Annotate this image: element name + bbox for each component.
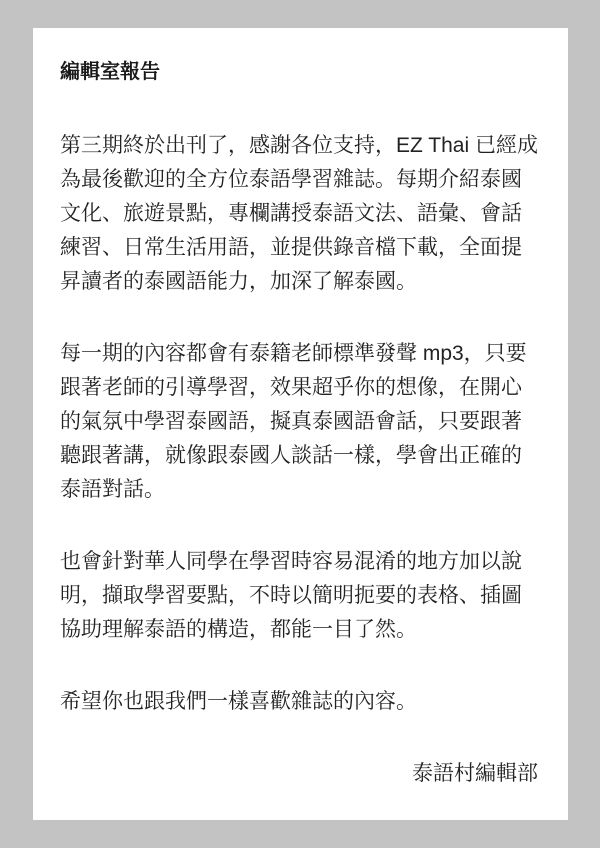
document-page: 編輯室報告 第三期終於出刊了，感謝各位支持，EZ Thai 已經成為最後歡迎的全… — [33, 28, 568, 820]
page-title: 編輯室報告 — [60, 55, 538, 89]
paragraph-mp3: 每一期的內容都會有泰籍老師標準發聲 mp3，只要跟著老師的引導學習，效果超乎你的… — [60, 337, 538, 507]
paragraph-intro: 第三期終於出刊了，感謝各位支持，EZ Thai 已經成為最後歡迎的全方位泰語學習… — [60, 129, 538, 299]
paragraph-learning-points: 也會針對華人同學在學習時容易混淆的地方加以說明，擷取學習要點，不時以簡明扼要的表… — [60, 545, 538, 647]
paragraph-closing: 希望你也跟我們一樣喜歡雜誌的內容。 — [60, 685, 538, 719]
canvas-background: 編輯室報告 第三期終於出刊了，感謝各位支持，EZ Thai 已經成為最後歡迎的全… — [0, 0, 600, 848]
signature: 泰語村編輯部 — [60, 757, 538, 791]
